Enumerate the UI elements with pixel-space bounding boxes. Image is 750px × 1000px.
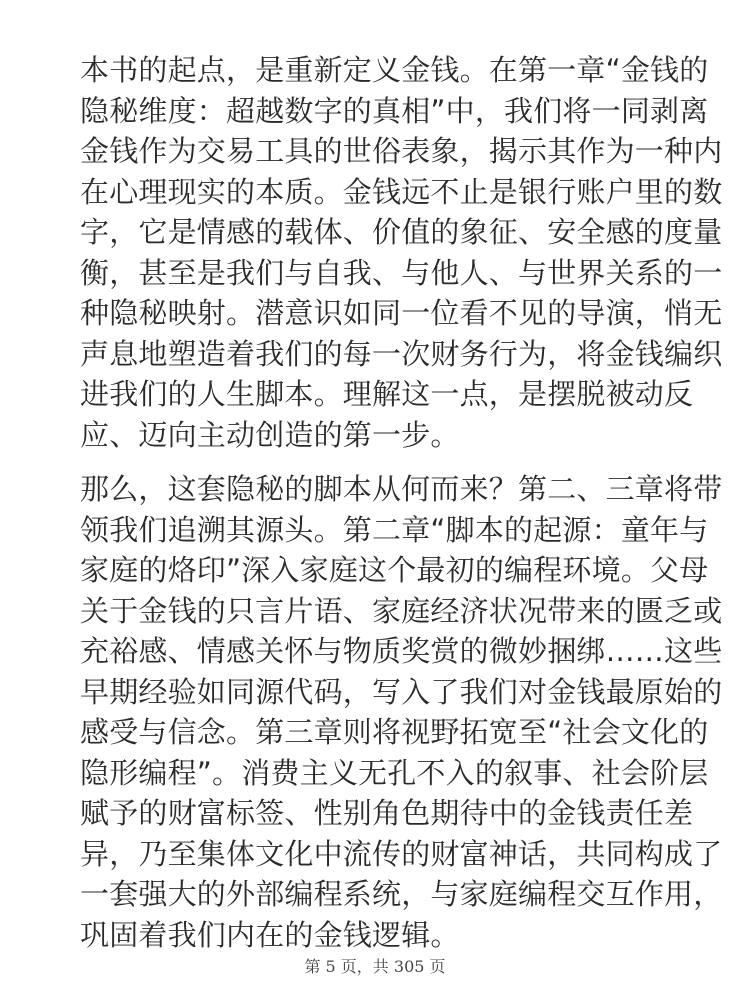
text-line: 金钱作为交易工具的世俗表象，揭示其作为一种内 [80,131,680,172]
text-line: 赋予的财富标签、性别角色期待中的金钱责任差 [80,793,680,834]
text-line: 进我们的人生脚本。理解这一点，是摆脱被动反 [80,374,680,415]
text-line: 在心理现实的本质。金钱远不止是银行账户里的数 [80,172,680,213]
text-line: 一套强大的外部编程系统，与家庭编程交互作用， [80,874,680,915]
text-line: 领我们追溯其源头。第二章“脚本的起源：童年与 [80,510,680,551]
text-line: 早期经验如同源代码，写入了我们对金钱最原始的 [80,672,680,713]
text-line: 充裕感、情感关怀与物质奖赏的微妙捆绑……这些 [80,631,680,672]
text-line: 种隐秘映射。潜意识如同一位看不见的导演，悄无 [80,293,680,334]
text-line: 声息地塑造着我们的每一次财务行为，将金钱编织 [80,334,680,375]
text-line: 隐形编程”。消费主义无孔不入的叙事、社会阶层 [80,753,680,794]
text-line: 隐秘维度：超越数字的真相”中，我们将一同剥离 [80,91,680,132]
text-line: 感受与信念。第三章则将视野拓宽至“社会文化的 [80,712,680,753]
text-line: 关于金钱的只言片语、家庭经济状况带来的匮乏或 [80,591,680,632]
text-line: 那么，这套隐秘的脚本从何而来？第二、三章将带 [80,469,680,510]
text-line: 衡，甚至是我们与自我、与他人、与世界关系的一 [80,253,680,294]
paragraph-1: 本书的起点，是重新定义金钱。在第一章“金钱的 隐秘维度：超越数字的真相”中，我们… [80,50,680,455]
text-line: 异，乃至集体文化中流传的财富神话，共同构成了 [80,834,680,875]
document-page: 本书的起点，是重新定义金钱。在第一章“金钱的 隐秘维度：超越数字的真相”中，我们… [80,50,680,955]
page-number-footer: 第 5 页，共 305 页 [0,954,750,977]
paragraph-2: 那么，这套隐秘的脚本从何而来？第二、三章将带 领我们追溯其源头。第二章“脚本的起… [80,469,680,955]
text-line: 应、迈向主动创造的第一步。 [80,415,680,456]
text-line: 巩固着我们内在的金钱逻辑。 [80,915,680,956]
text-line: 家庭的烙印”深入家庭这个最初的编程环境。父母 [80,550,680,591]
text-line: 本书的起点，是重新定义金钱。在第一章“金钱的 [80,50,680,91]
text-line: 字，它是情感的载体、价值的象征、安全感的度量 [80,212,680,253]
